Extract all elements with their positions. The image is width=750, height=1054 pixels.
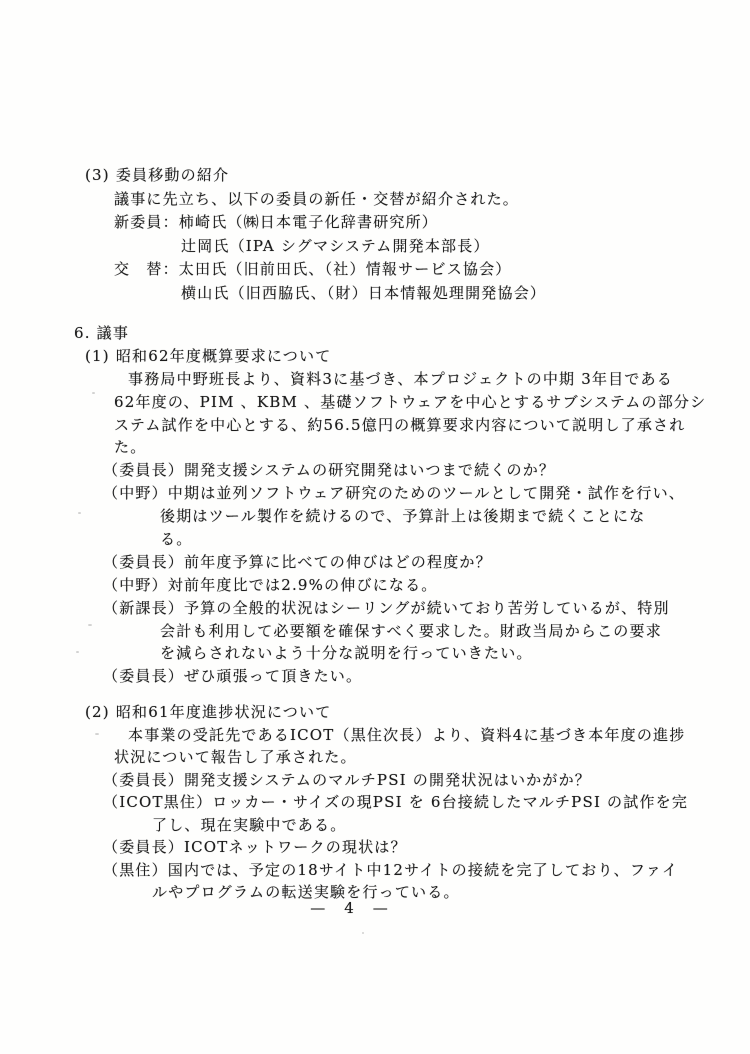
text-line: (1) 昭和62年度概算要求について (0, 345, 750, 368)
section-committee-changes: (3) 委員移動の紹介議事に先立ち、以下の委員の新任・交替が紹介された。新委員：… (0, 164, 750, 305)
text-line: 後期はツール製作を続けるので、予算計上は後期まで続くことにな (0, 505, 750, 528)
text-line: （委員長）開発支援システムの研究開発はいつまで続くのか？ (0, 459, 750, 482)
text-line: 本事業の受託先であるICOT（黒住次長）より、資料4に基づき本年度の進捗 (0, 724, 750, 747)
text-line: 62年度の、PIM 、KBM 、基礎ソフトウェアを中心とするサブシステムの部分シ (0, 391, 750, 414)
text-line: （委員長）前年度予算に比べての伸びはどの程度か？ (0, 551, 750, 574)
text-line: 状況について報告し了承された。 (0, 746, 750, 769)
text-line: （委員長）開発支援システムのマルチPSI の開発状況はいかがか？ (0, 769, 750, 792)
scan-speck (76, 651, 79, 653)
text-line: 会計も利用して必要額を確保すべく要求した。財政当局からこの要求 (0, 620, 750, 643)
text-line: （黒住）国内では、予定の18サイト中12サイトの接続を完了しており、ファイ (0, 859, 750, 882)
text-line: 辻岡氏（IPA シグマシステム開発本部長） (0, 235, 750, 259)
text-line: る。 (0, 528, 750, 551)
scanned-document-page: (3) 委員移動の紹介議事に先立ち、以下の委員の新任・交替が紹介された。新委員：… (0, 0, 750, 1054)
text-line: (3) 委員移動の紹介 (0, 164, 750, 188)
text-line: 新委員：柿崎氏（㈱日本電子化辞書研究所） (0, 211, 750, 235)
text-line: （委員長）ICOTネットワークの現状は？ (0, 836, 750, 859)
text-line: （中野）対前年度比では2.9%の伸びになる。 (0, 574, 750, 597)
text-line: 6. 議事 (0, 322, 750, 345)
text-line: （委員長）ぜひ頑張って頂きたい。 (0, 665, 750, 688)
text-line: （中野）中期は並列ソフトウェア研究のためのツールとして開発・試作を行い、 (0, 482, 750, 505)
text-line: （新課長）予算の全般的状況はシーリングが続いており苦労しているが、特別 (0, 597, 750, 620)
scan-speck (92, 392, 95, 394)
text-line: 交 替：太田氏（旧前田氏、（社）情報サービス協会） (0, 258, 750, 282)
scan-speck (362, 932, 364, 934)
text-line: ステム試作を中心とする、約56.5億円の概算要求内容について説明し了承され (0, 414, 750, 437)
scan-speck (88, 624, 92, 626)
text-line: （ICOT黒住）ロッカー・サイズの現PSI を 6台接続したマルチPSI の試作… (0, 791, 750, 814)
text-line: 横山氏（旧西脇氏、（財）日本情報処理開発協会） (0, 282, 750, 306)
page-number: — 4 — (288, 897, 412, 918)
section-agenda-budget-request: 6. 議事(1) 昭和62年度概算要求について事務局中野班長より、資料3に基づき… (0, 322, 750, 688)
scan-speck (78, 512, 81, 514)
text-line: を減らされないよう十分な説明を行っていきたい。 (0, 642, 750, 665)
text-line: 了し、現在実験中である。 (0, 814, 750, 837)
section-agenda-progress-report: (2) 昭和61年度進捗状況について本事業の受託先であるICOT（黒住次長）より… (0, 701, 750, 904)
text-line: た。 (0, 436, 750, 459)
text-line: 議事に先立ち、以下の委員の新任・交替が紹介された。 (0, 188, 750, 212)
scan-speck (95, 733, 99, 735)
text-line: (2) 昭和61年度進捗状況について (0, 701, 750, 724)
text-line: 事務局中野班長より、資料3に基づき、本プロジェクトの中期 3年目である (0, 368, 750, 391)
